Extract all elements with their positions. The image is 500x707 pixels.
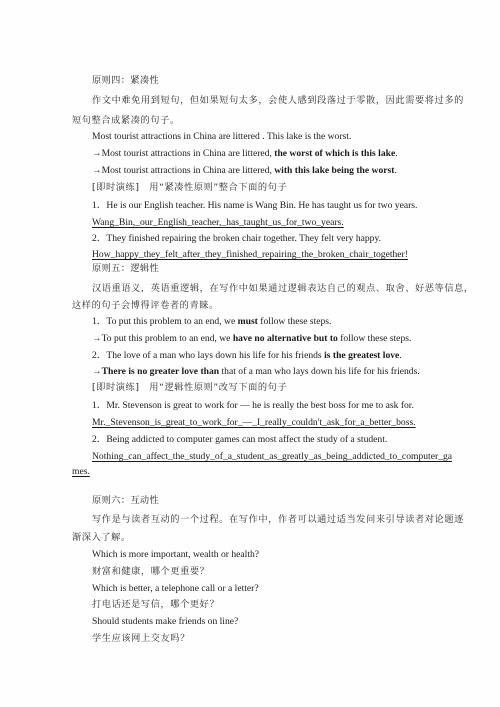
- principle5-answer-2-line2: mes.: [72, 466, 90, 478]
- text: 1．To put this problem to an end, we: [92, 316, 238, 327]
- principle6-intro-line2: 渐深入了解。: [72, 532, 131, 544]
- bold-text: the worst of which is this lake: [274, 148, 395, 159]
- text: 2．The love of a man who lays down his li…: [92, 350, 324, 361]
- principle5-example1: 1．To put this problem to an end, we must…: [92, 316, 331, 328]
- bold-text: have no alternative but to: [233, 333, 338, 344]
- text: .: [399, 350, 401, 361]
- text: →: [92, 366, 102, 377]
- principle4-intro-line2: 短句整合成紧凑的句子。: [72, 115, 180, 127]
- text: follow these steps.: [258, 316, 332, 327]
- principle4-rewrite1: →Most tourist attractions in China are l…: [92, 148, 398, 160]
- principle4-question-2: 2．They finished repairing the broken cha…: [92, 233, 381, 245]
- principle4-heading: 原则四：紧凑性: [92, 75, 159, 87]
- principle5-practice-heading: [即时演练] 用“逻辑性原则”改写下面的句子: [92, 382, 287, 394]
- principle5-example2-rewrite: →There is no greater love than that of a…: [92, 366, 420, 378]
- principle4-question-1: 1．He is our English teacher. His name is…: [92, 200, 417, 212]
- bold-text: must: [238, 316, 258, 327]
- text: .: [395, 148, 397, 159]
- text: that of a man who lays down his life for…: [219, 366, 420, 377]
- text: .: [394, 165, 396, 176]
- text: →To put this problem to an end, we: [92, 333, 233, 344]
- question-zh-1: 财富和健康，哪个更重要？: [92, 566, 209, 578]
- bold-text: with this lake being the worst: [274, 165, 394, 176]
- question-en-3: Should students make friends on line?: [92, 616, 238, 628]
- principle4-answer-2: How_happy_they_felt_after_they_finished_…: [92, 249, 408, 261]
- principle5-heading: 原则五：逻辑性: [92, 263, 159, 275]
- principle4-intro-line1: 作文中难免用到短句，但如果短句太多，会使人感到段落过于零散，因此需要将过多的: [92, 95, 464, 107]
- text: →Most tourist attractions in China are l…: [92, 165, 274, 176]
- text: →Most tourist attractions in China are l…: [92, 148, 274, 159]
- bold-text: is the greatest love: [324, 350, 399, 361]
- principle4-example: Most tourist attractions in China are li…: [92, 131, 351, 143]
- principle4-practice-heading: [即时演练] 用“紧凑性原则”整合下面的句子: [92, 182, 287, 194]
- principle5-intro-line2: 这样的句子会博得评卷者的青睐。: [72, 300, 219, 312]
- question-zh-2: 打电话还是写信，哪个更好？: [92, 599, 219, 611]
- principle5-answer-2-line1: Nothing_can_affect_the_study_of_a_studen…: [92, 451, 452, 463]
- principle5-answer-1: Mr._Stevenson_is_great_to_work_for_—_I_r…: [92, 417, 416, 429]
- principle5-question-2: 2．Being addicted to computer games can m…: [92, 434, 387, 446]
- principle5-intro-line1: 汉语重语义，英语重逻辑，在写作中如果通过逻辑表达自己的观点、取舍、好恶等信息，: [92, 283, 474, 295]
- question-zh-3: 学生应该网上交友吗？: [92, 633, 190, 645]
- principle4-answer-1: Wang_Bin,_our_English_teacher,_has_taugh…: [92, 217, 344, 229]
- text: follow these steps.: [338, 333, 412, 344]
- document-page: 原则四：紧凑性 作文中难免用到短句，但如果短句太多，会使人感到段落过于零散，因此…: [0, 0, 500, 707]
- principle4-rewrite2: →Most tourist attractions in China are l…: [92, 165, 397, 177]
- bold-text: There is no greater love than: [102, 366, 220, 377]
- question-en-2: Which is better, a telephone call or a l…: [92, 583, 259, 595]
- principle6-heading: 原则六：互动性: [92, 495, 159, 507]
- principle5-question-1: 1．Mr. Stevenson is great to work for — h…: [92, 400, 414, 412]
- principle5-example2: 2．The love of a man who lays down his li…: [92, 350, 402, 362]
- principle5-example1-rewrite: →To put this problem to an end, we have …: [92, 333, 411, 345]
- question-en-1: Which is more important, wealth or healt…: [92, 549, 259, 561]
- principle6-intro-line1: 写作是与读者互动的一个过程。在写作中，作者可以通过适当发问来引导读者对论题逐: [92, 514, 464, 526]
